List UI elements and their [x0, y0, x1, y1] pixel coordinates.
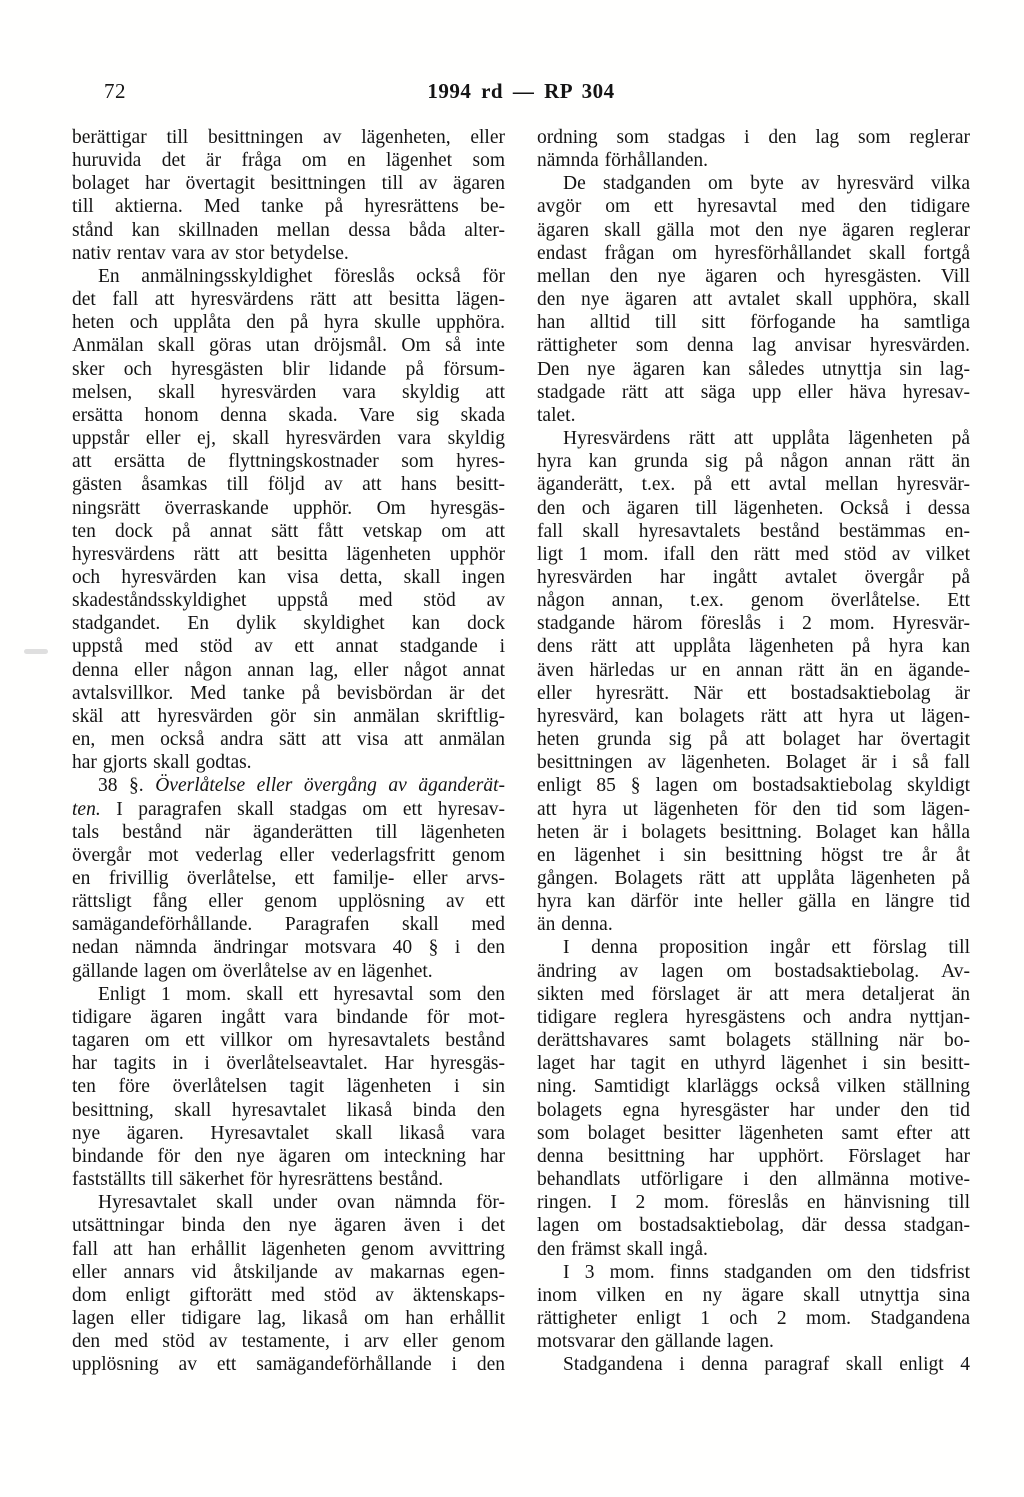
text-segment: den nye ägaren att avtalet skall upphöra… — [537, 289, 970, 310]
text-segment: motsvarar den gällande lagen. — [537, 1331, 774, 1352]
text-line: äganderätt, t.ex. på ett avtal mellan hy… — [537, 473, 970, 496]
text-line: tals bestånd när äganderätten till lägen… — [72, 821, 505, 844]
text-line: inom vilken en ny ägare skall utnyttja s… — [537, 1284, 970, 1307]
text-line: I 3 mom. finns stadganden om den tidsfri… — [537, 1261, 970, 1284]
text-line: hyresvärd, kan bolagets rätt att hyra ut… — [537, 705, 970, 728]
text-segment: Stadgandena i denna paragraf skall enlig… — [563, 1354, 970, 1375]
text-segment: hyresvärd, kan bolagets rätt att hyra ut… — [537, 706, 970, 727]
text-line: Enligt 1 mom. skall ett hyresavtal som d… — [72, 983, 505, 1006]
text-line: ersätta honom denna skada. Vare sig skad… — [72, 404, 505, 427]
text-segment: nye ägaren. Hyresavtalet skall likaså va… — [72, 1123, 505, 1144]
text-segment: har gjorts skall godtas. — [72, 752, 252, 773]
text-line: stadgande härom föreslås i 2 mom. Hyresv… — [537, 612, 970, 635]
text-segment: eller hyresrätt. När ett bostadsaktiebol… — [537, 683, 970, 704]
text-segment: och hyresvärden kan visa detta, skall in… — [72, 567, 505, 588]
text-segment: derättshavares samt bolagets ställning n… — [537, 1030, 970, 1051]
text-line: fall att han erhållit lägenheten genom a… — [72, 1238, 505, 1261]
text-segment: Enligt 1 mom. skall ett hyresavtal som d… — [98, 984, 505, 1005]
text-line: denna besittning har upphört. Förslaget … — [537, 1145, 970, 1168]
text-line: nämnda förhållanden. — [537, 149, 970, 172]
text-line: ägaren skall gälla mot den nye ägaren re… — [537, 219, 970, 242]
text-segment: huruvida det är fråga om en lägenhet som — [72, 150, 505, 171]
text-segment: hyra kan därför inte heller gälla en län… — [537, 891, 970, 912]
text-line: någon annan, t.ex. genom överlåtelse. Et… — [537, 589, 970, 612]
text-line: eller annars vid åtskiljande av makarnas… — [72, 1261, 505, 1284]
page-title: 1994 rd — RP 304 — [72, 76, 970, 106]
text-segment: ligt 1 mom. ifall den rätt med stöd av v… — [537, 544, 970, 565]
text-segment: behandlats utförligare i den allmänna mo… — [537, 1169, 970, 1190]
text-segment: skäl att hyresvärden gör sin anmälan skr… — [72, 706, 505, 727]
text-line: även härledas ur en annan rätt än en äga… — [537, 659, 970, 682]
text-segment: Hyresavtalet skall under ovan nämnda för… — [98, 1192, 505, 1213]
text-segment: uppstå med stöd av ett annat stadgande i — [72, 636, 505, 657]
text-line: gången. Bolagets rätt att upplåta lägenh… — [537, 867, 970, 890]
text-segment: stadgandet. En dylik skyldighet kan dock — [72, 613, 505, 634]
text-line: har gjorts skall godtas. — [72, 751, 505, 774]
text-segment: lagen eller tidigare lag, likaså om han … — [72, 1308, 505, 1329]
text-line: Den nye ägaren kan således utnyttja sin … — [537, 358, 970, 381]
text-segment: denna besittning har upphört. Förslaget … — [537, 1146, 970, 1167]
text-segment: tidigare reglera hyresgästens och andra … — [537, 1007, 970, 1028]
text-line: som bolaget besitter lägenheten samt eft… — [537, 1122, 970, 1145]
text-line: derättshavares samt bolagets ställning n… — [537, 1029, 970, 1052]
text-segment: I denna proposition ingår ett förslag ti… — [563, 937, 970, 958]
text-segment: hyra kan grunda sig på någon annan rätt … — [537, 451, 970, 472]
text-line: skäl att hyresvärden gör sin anmälan skr… — [72, 705, 505, 728]
text-line: en lägenhet i sin besittning högst tre å… — [537, 844, 970, 867]
margin-smudge-mark — [24, 649, 48, 654]
text-line: rättigheter enligt 1 och 2 mom. Stadgand… — [537, 1307, 970, 1330]
text-line: till aktierna. Med tanke på hyresrättens… — [72, 195, 505, 218]
text-segment: Hyresvärdens rätt att upplåta lägenheten… — [563, 428, 970, 449]
text-segment: avgör om ett hyresavtal med den tidigare — [537, 196, 970, 217]
text-line: ning. Samtidigt klarläggs också vilken s… — [537, 1075, 970, 1098]
text-line: dens rätt att upplåta lägenheten på hyra… — [537, 635, 970, 658]
text-line: I denna proposition ingår ett förslag ti… — [537, 936, 970, 959]
text-segment: talet. — [537, 405, 575, 426]
text-segment: stånd kan skillnaden mellan dessa båda a… — [72, 220, 505, 241]
text-segment: ten dock på annat sätt fått vetskap om a… — [72, 521, 505, 542]
text-segment: heten och upplåta den på hyra skulle upp… — [72, 312, 505, 333]
text-line: bolagets egna hyresgäster har under den … — [537, 1099, 970, 1122]
text-segment: ändring av lagen om bostadsaktiebolag. A… — [537, 961, 970, 982]
text-segment: gällande lagen om överlåtelse av en läge… — [72, 961, 433, 982]
text-segment: gången. Bolagets rätt att upplåta lägenh… — [537, 868, 970, 889]
text-line: avtalsvillkor. Med tanke på bevisbördan … — [72, 682, 505, 705]
text-line: skadeståndsskyldighet uppstå med stöd av — [72, 589, 505, 612]
text-segment: även härledas ur en annan rätt än en äga… — [537, 660, 970, 681]
text-line: mellan den nye ägaren och hyresgästen. V… — [537, 265, 970, 288]
document-page: 72 1994 rd — RP 304 berättigar till besi… — [0, 0, 1024, 1497]
text-line: samägandeförhållande. Paragrafen skall m… — [72, 913, 505, 936]
text-segment: ägaren skall gälla mot den nye ägaren re… — [537, 220, 970, 241]
text-line: denna eller någon annan lag, eller något… — [72, 659, 505, 682]
text-segment: utsättningar binda den nye ägaren även i… — [72, 1215, 505, 1236]
text-line: berättigar till besittningen av lägenhet… — [72, 126, 505, 149]
text-segment: heten är i bolagets besittning. Bolaget … — [537, 822, 970, 843]
text-line: stånd kan skillnaden mellan dessa båda a… — [72, 219, 505, 242]
text-line: Hyresavtalet skall under ovan nämnda för… — [72, 1191, 505, 1214]
text-line: ten före överlåtelsen tagit lägenheten i… — [72, 1075, 505, 1098]
text-segment: upplösning av ett samägandeförhållande i… — [72, 1354, 505, 1375]
text-segment: De stadganden om byte av hyresvärd vilka — [563, 173, 970, 194]
text-segment: den och ägaren till lägenheten. Också i … — [537, 498, 970, 519]
text-line: Hyresvärdens rätt att upplåta lägenheten… — [537, 427, 970, 450]
text-segment: enligt 85 § lagen om bostadsaktiebolag s… — [537, 775, 970, 796]
text-segment: till aktierna. Med tanke på hyresrättens… — [72, 196, 505, 217]
text-line: den främst skall ingå. — [537, 1238, 970, 1261]
text-line: sker och hyresgästen blir lidande på för… — [72, 358, 505, 381]
text-line: enligt 85 § lagen om bostadsaktiebolag s… — [537, 774, 970, 797]
text-line: gällande lagen om överlåtelse av en läge… — [72, 960, 505, 983]
page-number: 72 — [104, 76, 126, 106]
text-line: att ersätta de flyttningskostnader som h… — [72, 450, 505, 473]
text-segment: ersätta honom denna skada. Vare sig skad… — [72, 405, 505, 426]
text-line: Anmälan skall göras utan dröjsmål. Om så… — [72, 334, 505, 357]
text-line: 38 §. Överlåtelse eller övergång av ägan… — [72, 774, 505, 797]
text-line: utsättningar binda den nye ägaren även i… — [72, 1214, 505, 1237]
italic-text-segment: ten. — [72, 799, 101, 820]
text-segment: tidigare ägaren ingått vara bindande för… — [72, 1007, 505, 1028]
text-line: bindande för den nye ägaren om intecknin… — [72, 1145, 505, 1168]
text-segment: avtalsvillkor. Med tanke på bevisbördan … — [72, 683, 505, 704]
text-line: ningsrätt överraskande upphör. Om hyresg… — [72, 497, 505, 520]
text-segment: besittningen av lägenheten. Bolaget är i… — [537, 752, 970, 773]
text-segment: nämnda förhållanden. — [537, 150, 708, 171]
text-segment: bindande för den nye ägaren om intecknin… — [72, 1146, 505, 1167]
text-segment: inom vilken en ny ägare skall utnyttja s… — [537, 1285, 970, 1306]
text-line: han alltid till sitt förfogande ha samtl… — [537, 311, 970, 334]
text-line: huruvida det är fråga om en lägenhet som — [72, 149, 505, 172]
text-line: En anmälningsskyldighet föreslås också f… — [72, 265, 505, 288]
text-line: en frivillig överlåtelse, ett familje- e… — [72, 867, 505, 890]
text-segment: fall att han erhållit lägenheten genom a… — [72, 1239, 505, 1260]
text-line: ändring av lagen om bostadsaktiebolag. A… — [537, 960, 970, 983]
text-segment: laget har tagit en uthyrd lägenhet i sin… — [537, 1053, 970, 1074]
text-segment: rättigheter som denna lag anvisar hyresv… — [537, 335, 970, 356]
text-line: lagen eller tidigare lag, likaså om han … — [72, 1307, 505, 1330]
text-line: hyra kan grunda sig på någon annan rätt … — [537, 450, 970, 473]
text-segment: eller annars vid åtskiljande av makarnas… — [72, 1262, 505, 1283]
text-line: rättsligt fång eller genom upplösning av… — [72, 890, 505, 913]
text-segment: dom enligt giftorätt med stöd av äktensk… — [72, 1285, 505, 1306]
text-segment: han alltid till sitt förfogande ha samtl… — [537, 312, 970, 333]
text-line: tagaren om ett villkor om hyresavtalets … — [72, 1029, 505, 1052]
text-line: uppstå med stöd av ett annat stadgande i — [72, 635, 505, 658]
text-line: bolaget har övertagit besittningen till … — [72, 172, 505, 195]
text-line: sikten med förslaget är att mera detalje… — [537, 983, 970, 1006]
text-segment: den med stöd av testamente, i arv eller … — [72, 1331, 505, 1352]
right-column: ordning som stadgas i den lag som regler… — [537, 126, 970, 1376]
text-segment: Anmälan skall göras utan dröjsmål. Om så… — [72, 335, 505, 356]
text-line: avgör om ett hyresavtal med den tidigare — [537, 195, 970, 218]
text-segment: heten grunda sig på att bolaget har över… — [537, 729, 970, 750]
text-line: dom enligt giftorätt med stöd av äktensk… — [72, 1284, 505, 1307]
text-segment: bolaget har övertagit besittningen till … — [72, 173, 505, 194]
text-segment: uppstår eller ej, skall hyresvärden vara… — [72, 428, 505, 449]
text-segment: att hyra ut lägenheten för den tid som l… — [537, 799, 970, 820]
text-segment: I 3 mom. finns stadganden om den tidsfri… — [563, 1262, 970, 1283]
text-segment: rättsligt fång eller genom upplösning av… — [72, 891, 505, 912]
text-segment: besittning, skall hyresavtalet likaså bi… — [72, 1100, 505, 1121]
text-segment: dens rätt att upplåta lägenheten på hyra… — [537, 636, 970, 657]
text-line: tidigare reglera hyresgästens och andra … — [537, 1006, 970, 1029]
text-line: motsvarar den gällande lagen. — [537, 1330, 970, 1353]
text-segment: ningsrätt överraskande upphör. Om hyresg… — [72, 498, 505, 519]
text-line: stadgade rätt att säga upp eller häva hy… — [537, 381, 970, 404]
text-segment: än denna. — [537, 914, 613, 935]
text-line: den nye ägaren att avtalet skall upphöra… — [537, 288, 970, 311]
text-segment: I paragrafen skall stadgas om ett hyresa… — [101, 799, 505, 820]
text-segment: det fall att hyresvärdens rätt att besit… — [72, 289, 505, 310]
text-line: har tagits in i överlåtelseavtalet. Har … — [72, 1052, 505, 1075]
text-segment: fall skall hyresavtalets bestånd bestämm… — [537, 521, 970, 542]
text-segment: samägandeförhållande. Paragrafen skall m… — [72, 914, 505, 935]
text-line: laget har tagit en uthyrd lägenhet i sin… — [537, 1052, 970, 1075]
text-line: talet. — [537, 404, 970, 427]
text-line: tidigare ägaren ingått vara bindande för… — [72, 1006, 505, 1029]
text-line: att hyra ut lägenheten för den tid som l… — [537, 798, 970, 821]
text-segment: stadgande härom föreslås i 2 mom. Hyresv… — [537, 613, 970, 634]
text-line: än denna. — [537, 913, 970, 936]
text-segment: en lägenhet i sin besittning högst tre å… — [537, 845, 970, 866]
text-segment: Den nye ägaren kan således utnyttja sin … — [537, 359, 970, 380]
text-line: hyra kan därför inte heller gälla en län… — [537, 890, 970, 913]
text-segment: rättigheter enligt 1 och 2 mom. Stadgand… — [537, 1308, 970, 1329]
text-line: heten är i bolagets besittning. Bolaget … — [537, 821, 970, 844]
text-segment: berättigar till besittningen av lägenhet… — [72, 127, 505, 148]
text-segment: hyresvärdens rätt att besitta lägenheten… — [72, 544, 505, 565]
text-segment: fastställts till säkerhet för hyresrätte… — [72, 1169, 443, 1190]
text-segment: ringen. I 2 mom. föreslås en hänvisning … — [537, 1192, 970, 1213]
text-segment: endast frågan om hyresförhållandet skall… — [537, 243, 970, 264]
text-line: övergår mot vederlag eller vederlagsfrit… — [72, 844, 505, 867]
text-line: lagen om bostadsaktiebolag, där dessa st… — [537, 1214, 970, 1237]
text-segment: övergår mot vederlag eller vederlagsfrit… — [72, 845, 505, 866]
text-segment: äganderätt, t.ex. på ett avtal mellan hy… — [537, 474, 970, 495]
text-segment: nativ rentav vara av stor betydelse. — [72, 243, 349, 264]
text-segment: gästen åsamkas till följd av att hans be… — [72, 474, 505, 495]
text-segment: ning. Samtidigt klarläggs också vilken s… — [537, 1076, 970, 1097]
text-line: gästen åsamkas till följd av att hans be… — [72, 473, 505, 496]
text-line: uppstår eller ej, skall hyresvärden vara… — [72, 427, 505, 450]
text-line: behandlats utförligare i den allmänna mo… — [537, 1168, 970, 1191]
text-line: det fall att hyresvärdens rätt att besit… — [72, 288, 505, 311]
text-segment: den främst skall ingå. — [537, 1239, 708, 1260]
text-line: Stadgandena i denna paragraf skall enlig… — [537, 1353, 970, 1376]
text-line: endast frågan om hyresförhållandet skall… — [537, 242, 970, 265]
text-segment: ten före överlåtelsen tagit lägenheten i… — [72, 1076, 505, 1097]
text-line: rättigheter som denna lag anvisar hyresv… — [537, 334, 970, 357]
text-segment: 38 §. — [98, 775, 155, 796]
text-segment: lagen om bostadsaktiebolag, där dessa st… — [537, 1215, 970, 1236]
text-segment: bolagets egna hyresgäster har under den … — [537, 1100, 970, 1121]
text-line: hyresvärden har ingått avtalet övergår p… — [537, 566, 970, 589]
text-line: besittningen av lägenheten. Bolaget är i… — [537, 751, 970, 774]
text-segment: att ersätta de flyttningskostnader som h… — [72, 451, 505, 472]
text-line: den med stöd av testamente, i arv eller … — [72, 1330, 505, 1353]
text-line: melsen, skall hyresvärden vara skyldig a… — [72, 381, 505, 404]
text-segment: som bolaget besitter lägenheten samt eft… — [537, 1123, 970, 1144]
text-segment: ordning som stadgas i den lag som regler… — [537, 127, 970, 148]
text-line: den och ägaren till lägenheten. Också i … — [537, 497, 970, 520]
text-segment: hyresvärden har ingått avtalet övergår p… — [537, 567, 970, 588]
text-line: ligt 1 mom. ifall den rätt med stöd av v… — [537, 543, 970, 566]
text-columns: berättigar till besittningen av lägenhet… — [72, 126, 970, 1376]
text-segment: tagaren om ett villkor om hyresavtalets … — [72, 1030, 505, 1051]
text-line: nativ rentav vara av stor betydelse. — [72, 242, 505, 265]
text-segment: sker och hyresgästen blir lidande på för… — [72, 359, 505, 380]
text-segment: stadgade rätt att säga upp eller häva hy… — [537, 382, 970, 403]
text-segment: melsen, skall hyresvärden vara skyldig a… — [72, 382, 505, 403]
text-line: nedan nämnda ändringar motsvara 40 § i d… — [72, 936, 505, 959]
text-line: hyresvärdens rätt att besitta lägenheten… — [72, 543, 505, 566]
text-line: ringen. I 2 mom. föreslås en hänvisning … — [537, 1191, 970, 1214]
text-segment: denna eller någon annan lag, eller något… — [72, 660, 505, 681]
text-line: ten dock på annat sätt fått vetskap om a… — [72, 520, 505, 543]
text-segment: mellan den nye ägaren och hyresgästen. V… — [537, 266, 970, 287]
text-line: och hyresvärden kan visa detta, skall in… — [72, 566, 505, 589]
text-line: fastställts till säkerhet för hyresrätte… — [72, 1168, 505, 1191]
text-segment: har tagits in i överlåtelseavtalet. Har … — [72, 1053, 505, 1074]
text-line: nye ägaren. Hyresavtalet skall likaså va… — [72, 1122, 505, 1145]
page-header: 72 1994 rd — RP 304 — [72, 76, 970, 106]
text-line: en, men också andra sätt att visa att an… — [72, 728, 505, 751]
text-segment: En anmälningsskyldighet föreslås också f… — [98, 266, 505, 287]
text-segment: sikten med förslaget är att mera detalje… — [537, 984, 970, 1005]
text-segment: någon annan, t.ex. genom överlåtelse. Et… — [537, 590, 970, 611]
text-segment: en, men också andra sätt att visa att an… — [72, 729, 505, 750]
text-line: heten och upplåta den på hyra skulle upp… — [72, 311, 505, 334]
text-line: eller hyresrätt. När ett bostadsaktiebol… — [537, 682, 970, 705]
italic-text-segment: Överlåtelse eller övergång av äganderät- — [155, 775, 505, 796]
text-segment: nedan nämnda ändringar motsvara 40 § i d… — [72, 937, 505, 958]
text-line: ordning som stadgas i den lag som regler… — [537, 126, 970, 149]
text-line: stadgandet. En dylik skyldighet kan dock — [72, 612, 505, 635]
text-segment: en frivillig överlåtelse, ett familje- e… — [72, 868, 505, 889]
text-line: besittning, skall hyresavtalet likaså bi… — [72, 1099, 505, 1122]
text-line: fall skall hyresavtalets bestånd bestämm… — [537, 520, 970, 543]
text-line: upplösning av ett samägandeförhållande i… — [72, 1353, 505, 1376]
text-line: ten. I paragrafen skall stadgas om ett h… — [72, 798, 505, 821]
text-line: heten grunda sig på att bolaget har över… — [537, 728, 970, 751]
text-segment: tals bestånd när äganderätten till lägen… — [72, 822, 505, 843]
text-line: De stadganden om byte av hyresvärd vilka — [537, 172, 970, 195]
text-segment: skadeståndsskyldighet uppstå med stöd av — [72, 590, 505, 611]
left-column: berättigar till besittningen av lägenhet… — [72, 126, 505, 1376]
